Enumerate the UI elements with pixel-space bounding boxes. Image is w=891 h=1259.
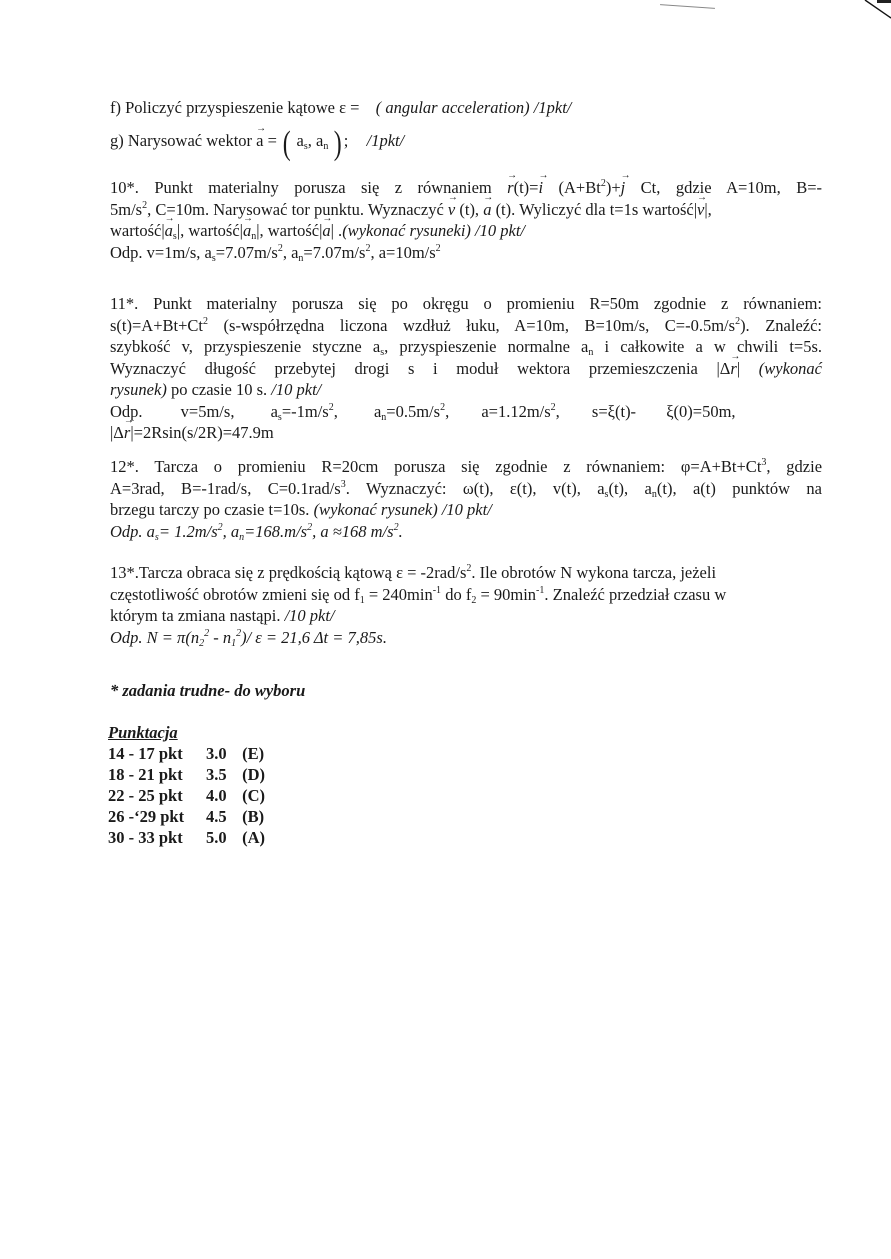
grading-row: 30 - 33 pkt5.0 (A) (108, 827, 265, 848)
item-f: f) Policzyć przyspieszenie kątowe ε = ( … (110, 97, 822, 119)
problem-13-answer: Odp. N = π(n22 - n12)/ ε = 21,6 Δt = 7,8… (110, 627, 822, 649)
problem-12-answer: Odp. as= 1.2m/s2, an=168.m/s2, a ≈168 m/… (110, 521, 822, 543)
grading-table: Punktacja 14 - 17 pkt 3.0 (E) 18 - 21 pk… (108, 722, 265, 848)
problem-10-answer: Odp. v=1m/s, as=7.07m/s2, an=7.07m/s2, a… (110, 242, 822, 264)
item-g: g) Narysować wektor a = ( as, an ); /1pk… (110, 130, 822, 155)
problem-13: 13*.Tarcza obraca się z prędkością kątow… (110, 562, 822, 648)
problem-12: 12*. Tarcza o promieniu R=20cm porusza s… (110, 456, 822, 542)
problem-11-answer: Odp. v=5m/s, as=-1m/s2, an=0.5m/s2, a=1.… (110, 401, 822, 423)
paren-left: ( (283, 133, 291, 155)
problem-10: 10*. Punkt materialny porusza się z równ… (110, 177, 822, 263)
footnote: * zadania trudne- do wyboru (110, 680, 822, 702)
grading-row: 18 - 21 pkt3.5 (D) (108, 764, 265, 785)
problem-10-line-1: 10*. Punkt materialny porusza się z równ… (110, 177, 822, 199)
grading-row: 14 - 17 pkt 3.0 (E) (108, 743, 265, 764)
grading-heading: Punktacja (108, 722, 265, 743)
problem-10-line-3: wartość|as|, wartość|an|, wartość|a| .(w… (110, 220, 822, 242)
scanned-page: f) Policzyć przyspieszenie kątowe ε = ( … (0, 0, 891, 1259)
scan-artifact-line (660, 4, 715, 9)
problem-10-line-2: 5m/s2, C=10m. Narysować tor punktu. Wyzn… (110, 199, 822, 221)
paren-right: ) (334, 133, 342, 155)
scan-corner-mark (851, 0, 891, 20)
grading-row: 22 - 25 pkt4.0 (C) (108, 785, 265, 806)
problem-11: 11*. Punkt materialny porusza się po okr… (110, 293, 822, 444)
grading-row: 26 -‘29 pkt4.5 (B) (108, 806, 265, 827)
